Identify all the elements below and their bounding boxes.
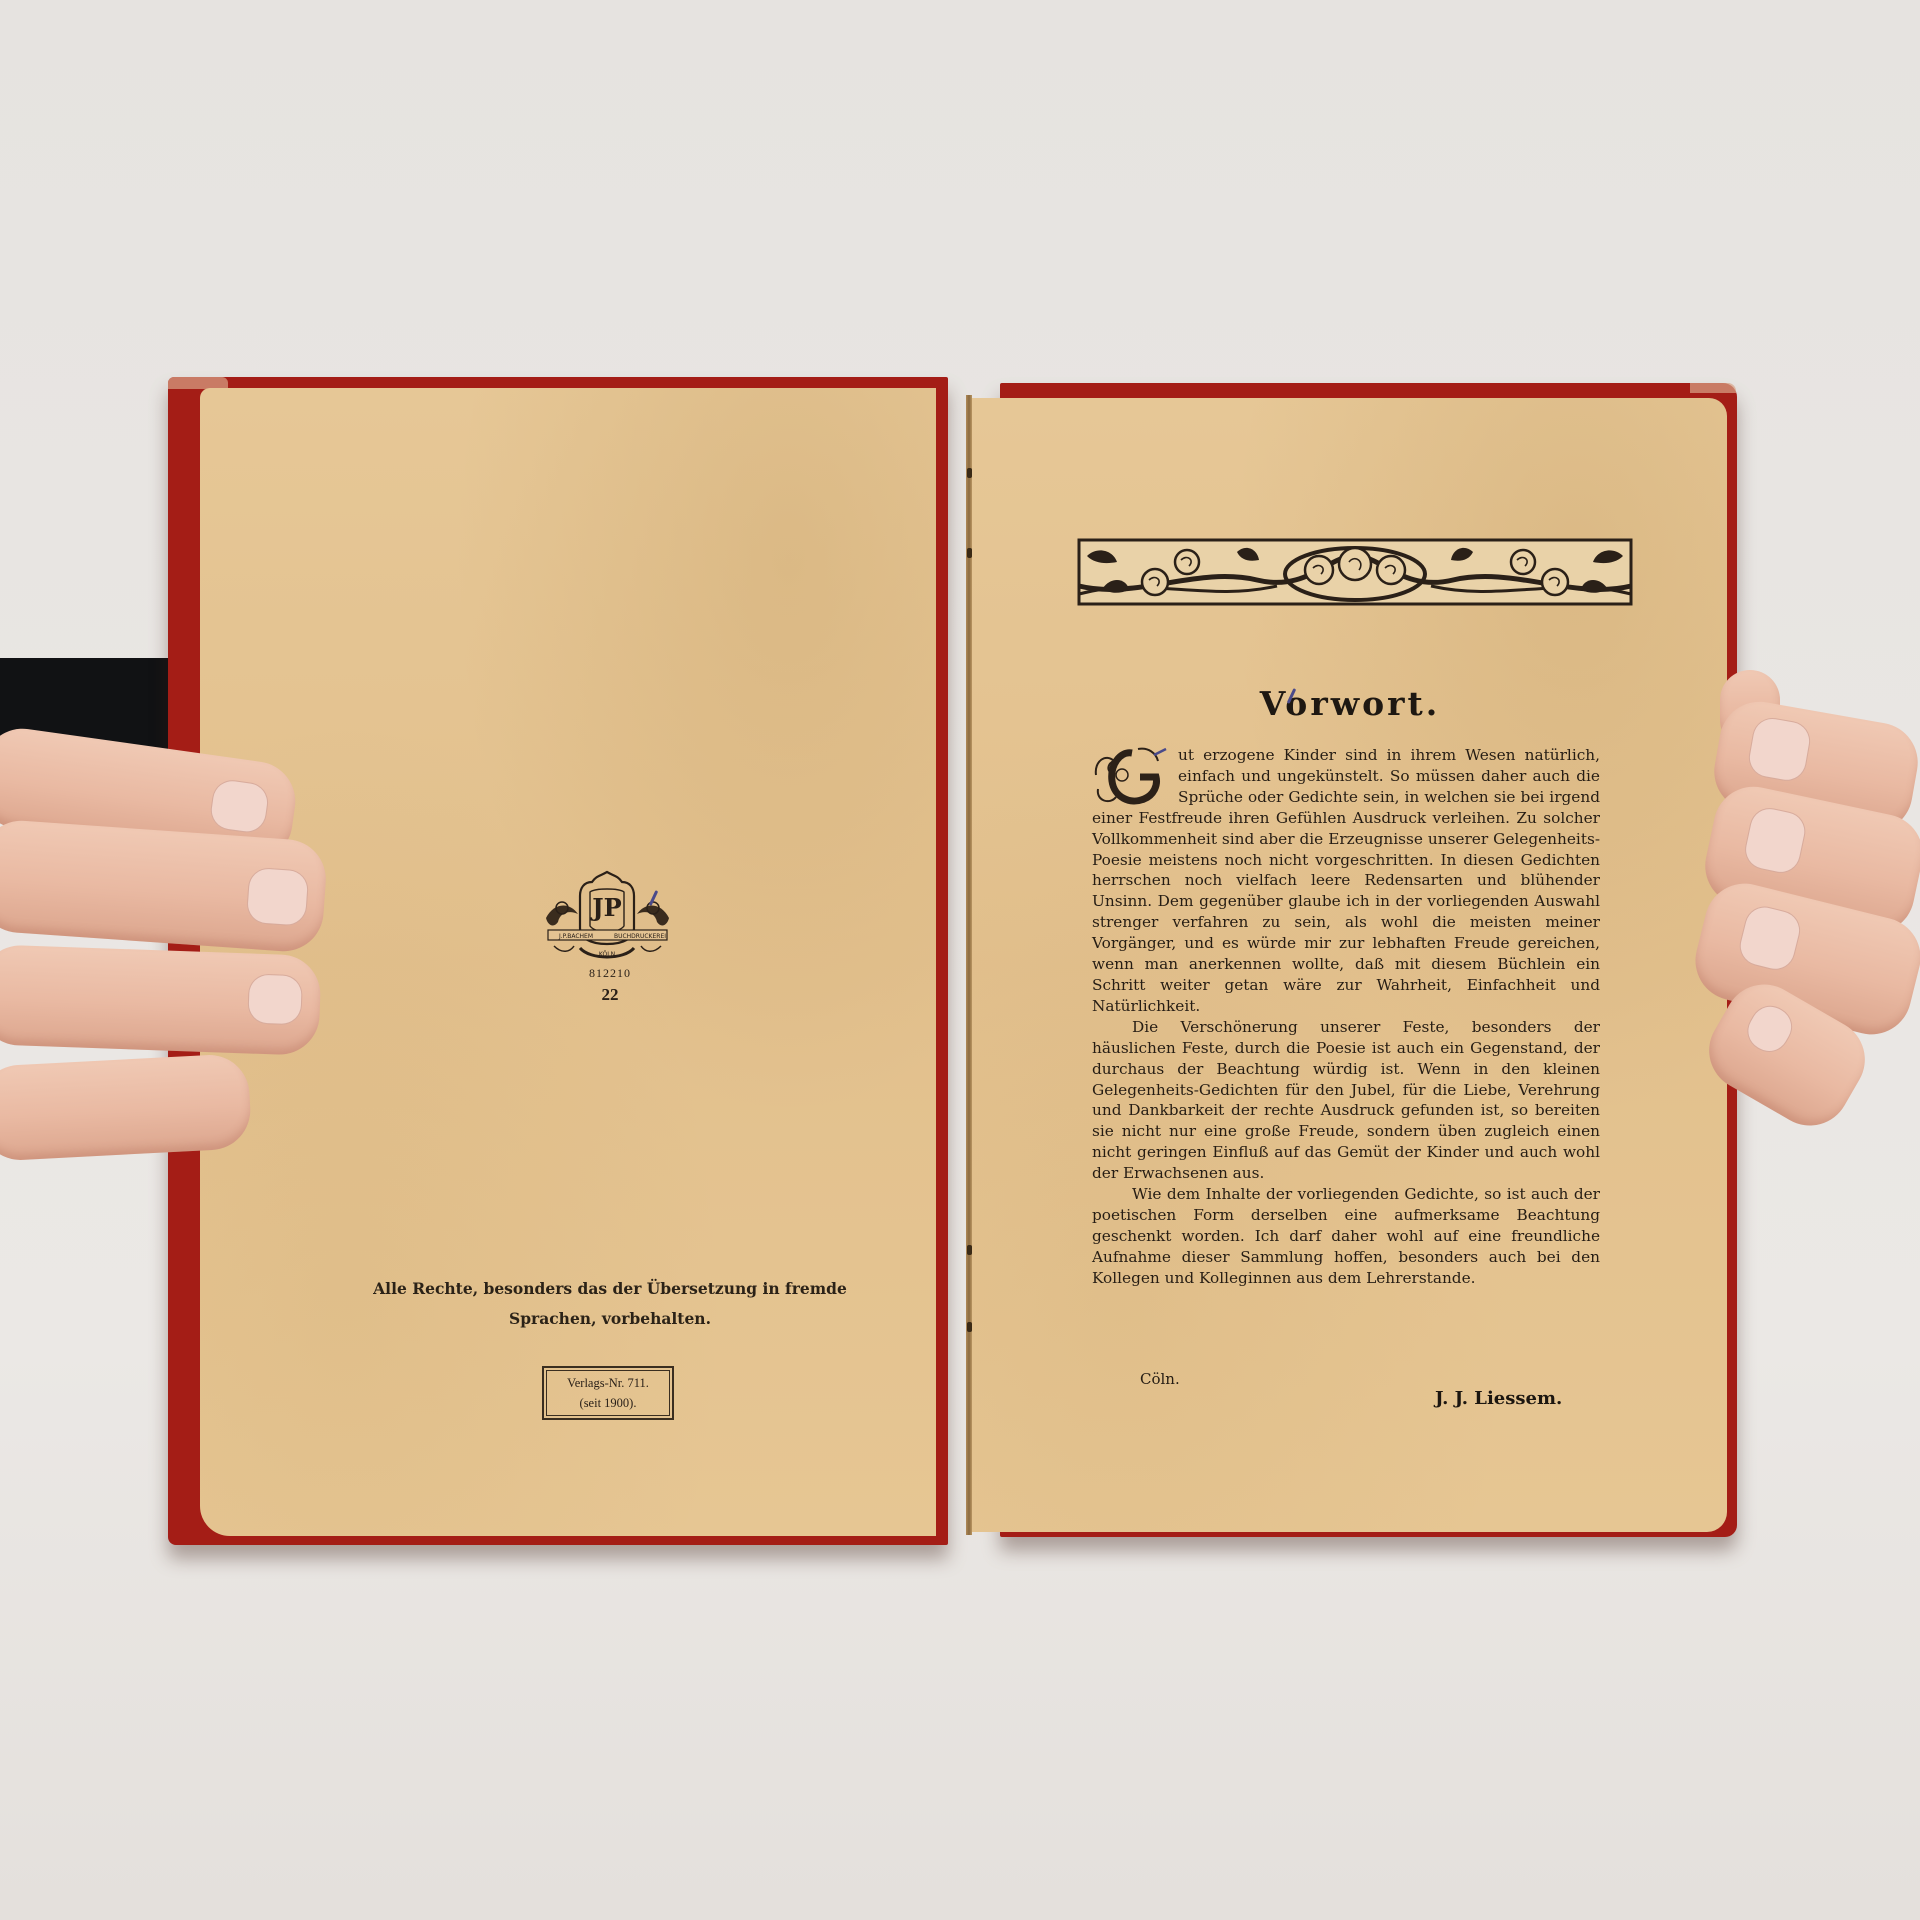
svg-text:JP: JP xyxy=(590,893,621,922)
paragraph-2: Die Verschönerung unserer Feste, besonde… xyxy=(1092,1017,1600,1184)
fingernail xyxy=(246,867,310,927)
svg-text:J.P.BACHEM: J.P.BACHEM xyxy=(558,933,593,940)
preface-title: Vorwort. xyxy=(1180,684,1520,723)
publisher-number: Verlags-Nr. 711. xyxy=(547,1373,669,1393)
preface-body: ut erzogene Kinder sind in ihrem Wesen n… xyxy=(1092,745,1600,1289)
fingernail xyxy=(1741,804,1809,876)
binding-stitch xyxy=(967,468,972,478)
page-number: 22 xyxy=(560,985,660,1005)
svg-text:BUCHDRUCKEREI: BUCHDRUCKEREI xyxy=(614,933,666,940)
printer-number: 812210 xyxy=(560,966,660,981)
publisher-since: (seit 1900). xyxy=(547,1393,669,1413)
printer-emblem: JP J.P.BACHEM BUCHDRUCKEREI KÖLN xyxy=(540,868,675,968)
binding-stitch xyxy=(967,1322,972,1332)
rose-border-ornament xyxy=(1077,536,1633,608)
fingernail xyxy=(208,778,270,835)
ornate-dropcap xyxy=(1092,745,1174,807)
author-signature: J. J. Liessem. xyxy=(1435,1388,1562,1409)
ring-finger xyxy=(0,944,322,1056)
publisher-number-box: Verlags-Nr. 711. (seit 1900). xyxy=(546,1370,670,1416)
fingernail xyxy=(247,973,303,1025)
rights-notice: Alle Rechte, besonders das der Übersetzu… xyxy=(330,1274,890,1334)
place-of-writing: Cöln. xyxy=(1140,1370,1180,1388)
svg-text:KÖLN: KÖLN xyxy=(599,951,615,958)
fingernail xyxy=(1746,715,1814,784)
fingernail xyxy=(1740,998,1799,1059)
middle-finger xyxy=(0,818,328,954)
little-finger xyxy=(0,1053,252,1162)
book-gutter xyxy=(966,395,972,1535)
worn-cover-edge xyxy=(1690,383,1736,393)
fingernail xyxy=(1735,902,1804,974)
binding-stitch xyxy=(967,548,972,558)
paragraph-3: Wie dem Inhalte der vorliegenden Gedicht… xyxy=(1092,1184,1600,1289)
paragraph-1: ut erzogene Kinder sind in ihrem Wesen n… xyxy=(1092,745,1600,1017)
binding-stitch xyxy=(967,1245,972,1255)
